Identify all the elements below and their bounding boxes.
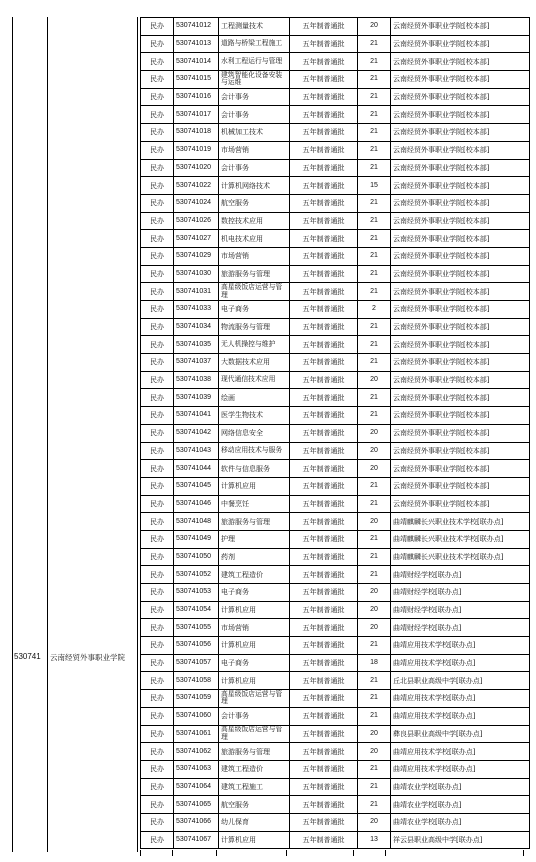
major-name-cell: 高星级饭店运营与管理 <box>219 283 290 301</box>
major-name-cell: 数控技术应用 <box>219 212 290 230</box>
major-name-cell: 电子商务 <box>219 584 290 602</box>
row-continuation <box>172 850 173 856</box>
major-code-cell: 530741060 <box>174 707 219 725</box>
plan-count-cell: 20 <box>358 743 391 761</box>
batch-cell: 五年制普通批 <box>290 35 358 53</box>
school-type-cell: 民办 <box>141 530 174 548</box>
major-code-cell: 530741045 <box>174 477 219 495</box>
table-row: 民办530741026数控技术应用五年制普通批21云南经贸外事职业学院[校本部] <box>141 212 530 230</box>
major-code-cell: 530741033 <box>174 301 219 319</box>
major-name-cell: 计算机应用 <box>219 831 290 849</box>
school-type-cell: 民办 <box>141 654 174 672</box>
table-row: 民办530741058计算机应用五年制普通批21丘北县职业高级中学[联办点] <box>141 672 530 690</box>
major-code-cell: 530741067 <box>174 831 219 849</box>
batch-cell: 五年制普通批 <box>290 212 358 230</box>
major-code-cell: 530741050 <box>174 548 219 566</box>
plan-count-cell: 21 <box>358 318 391 336</box>
batch-cell: 五年制普通批 <box>290 301 358 319</box>
table-row: 民办530741033电子商务五年制普通批2云南经贸外事职业学院[校本部] <box>141 301 530 319</box>
table-row: 民办530741019市场营销五年制普通批21云南经贸外事职业学院[校本部] <box>141 141 530 159</box>
table-row: 民办530741038现代通信技术应用五年制普通批20云南经贸外事职业学院[校本… <box>141 371 530 389</box>
major-code-cell: 530741064 <box>174 778 219 796</box>
plan-count-cell: 21 <box>358 707 391 725</box>
major-code-cell: 530741031 <box>174 283 219 301</box>
school-type-cell: 民办 <box>141 106 174 124</box>
table-row: 民办530741016会计事务五年制普通批21云南经贸外事职业学院[校本部] <box>141 88 530 106</box>
campus-site-cell: 云南经贸外事职业学院[校本部] <box>391 71 530 89</box>
major-name-cell: 会计事务 <box>219 88 290 106</box>
school-type-cell: 民办 <box>141 690 174 708</box>
left-border <box>12 17 13 852</box>
batch-cell: 五年制普通批 <box>290 124 358 142</box>
major-name-cell: 绘画 <box>219 389 290 407</box>
row-continuation <box>523 850 524 856</box>
batch-cell: 五年制普通批 <box>290 725 358 743</box>
major-code-cell: 530741022 <box>174 177 219 195</box>
campus-site-cell: 云南经贸外事职业学院[校本部] <box>391 159 530 177</box>
batch-cell: 五年制普通批 <box>290 53 358 71</box>
school-type-cell: 民办 <box>141 566 174 584</box>
campus-site-cell: 曲靖财经学校[联办点] <box>391 601 530 619</box>
major-name-cell: 旅游服务与管理 <box>219 265 290 283</box>
plan-count-cell: 20 <box>358 619 391 637</box>
major-code-cell: 530741052 <box>174 566 219 584</box>
school-type-cell: 民办 <box>141 707 174 725</box>
major-code-cell: 530741056 <box>174 637 219 655</box>
plan-count-cell: 21 <box>358 407 391 425</box>
batch-cell: 五年制普通批 <box>290 513 358 531</box>
batch-cell: 五年制普通批 <box>290 690 358 708</box>
table-row: 民办530741067计算机应用五年制普通批13祥云县职业高级中学[联办点] <box>141 831 530 849</box>
table-row: 民办530741041医学生物技术五年制普通批21云南经贸外事职业学院[校本部] <box>141 407 530 425</box>
campus-site-cell: 云南经贸外事职业学院[校本部] <box>391 88 530 106</box>
table-row: 民办530741027机电技术应用五年制普通批21云南经贸外事职业学院[校本部] <box>141 230 530 248</box>
table-row: 民办530741037大数据技术应用五年制普通批21云南经贸外事职业学院[校本部… <box>141 354 530 372</box>
plan-count-cell: 20 <box>358 371 391 389</box>
school-type-cell: 民办 <box>141 283 174 301</box>
campus-site-cell: 云南经贸外事职业学院[校本部] <box>391 177 530 195</box>
batch-cell: 五年制普通批 <box>290 495 358 513</box>
major-code-cell: 530741035 <box>174 336 219 354</box>
major-code-cell: 530741017 <box>174 106 219 124</box>
major-code-cell: 530741018 <box>174 124 219 142</box>
campus-site-cell: 祥云县职业高级中学[联办点] <box>391 831 530 849</box>
batch-cell: 五年制普通批 <box>290 424 358 442</box>
plan-count-cell: 21 <box>358 124 391 142</box>
campus-site-cell: 曲靖应用技术学校[联办点] <box>391 707 530 725</box>
table-row: 民办530741049护理五年制普通批21曲靖麒麟长兴职业技术学校[联办点] <box>141 530 530 548</box>
plan-count-cell: 21 <box>358 71 391 89</box>
major-name-cell: 建筑工程造价 <box>219 566 290 584</box>
plan-count-cell: 20 <box>358 513 391 531</box>
campus-site-cell: 曲靖应用技术学校[联办点] <box>391 760 530 778</box>
batch-cell: 五年制普通批 <box>290 371 358 389</box>
plan-count-cell: 20 <box>358 584 391 602</box>
table-row: 民办530741062旅游服务与管理五年制普通批20曲靖应用技术学校[联办点] <box>141 743 530 761</box>
school-type-cell: 民办 <box>141 354 174 372</box>
campus-site-cell: 云南经贸外事职业学院[校本部] <box>391 141 530 159</box>
school-type-cell: 民办 <box>141 743 174 761</box>
batch-cell: 五年制普通批 <box>290 813 358 831</box>
batch-cell: 五年制普通批 <box>290 760 358 778</box>
campus-site-cell: 云南经贸外事职业学院[校本部] <box>391 318 530 336</box>
table-row: 民办530741052建筑工程造价五年制普通批21曲靖财经学校[联办点] <box>141 566 530 584</box>
major-code-cell: 530741044 <box>174 460 219 478</box>
school-code: 530741 <box>14 652 41 661</box>
major-name-cell: 市场营销 <box>219 247 290 265</box>
campus-site-cell: 云南经贸外事职业学院[校本部] <box>391 460 530 478</box>
plan-count-cell: 21 <box>358 354 391 372</box>
table-row: 民办530741055市场营销五年制普通批20曲靖财经学校[联办点] <box>141 619 530 637</box>
school-type-cell: 民办 <box>141 247 174 265</box>
table-row: 民办530741061高星级饭店运营与管理五年制普通批20彝良县职业高级中学[联… <box>141 725 530 743</box>
table-row: 民办530741046中餐烹饪五年制普通批21云南经贸外事职业学院[校本部] <box>141 495 530 513</box>
campus-site-cell: 云南经贸外事职业学院[校本部] <box>391 301 530 319</box>
campus-site-cell: 曲靖财经学校[联办点] <box>391 566 530 584</box>
campus-site-cell: 曲靖财经学校[联办点] <box>391 619 530 637</box>
batch-cell: 五年制普通批 <box>290 619 358 637</box>
major-code-cell: 530741037 <box>174 354 219 372</box>
major-name-cell: 计算机应用 <box>219 477 290 495</box>
plan-count-cell: 21 <box>358 389 391 407</box>
school-type-cell: 民办 <box>141 725 174 743</box>
major-code-cell: 530741048 <box>174 513 219 531</box>
major-name-cell: 高星级饭店运营与管理 <box>219 690 290 708</box>
campus-site-cell: 云南经贸外事职业学院[校本部] <box>391 477 530 495</box>
plan-count-cell: 21 <box>358 477 391 495</box>
major-code-cell: 530741039 <box>174 389 219 407</box>
school-type-cell: 民办 <box>141 672 174 690</box>
campus-site-cell: 曲靖农业学校[联办点] <box>391 796 530 814</box>
campus-site-cell: 云南经贸外事职业学院[校本部] <box>391 124 530 142</box>
plan-count-cell: 15 <box>358 177 391 195</box>
major-code-cell: 530741041 <box>174 407 219 425</box>
table-row: 民办530741018机械加工技术五年制普通批21云南经贸外事职业学院[校本部] <box>141 124 530 142</box>
plan-count-cell: 21 <box>358 690 391 708</box>
school-type-cell: 民办 <box>141 71 174 89</box>
plan-count-cell: 21 <box>358 265 391 283</box>
table-row: 民办530741012工程测量技术五年制普通批20云南经贸外事职业学院[校本部] <box>141 18 530 36</box>
table-row: 民办530741054计算机应用五年制普通批20曲靖财经学校[联办点] <box>141 601 530 619</box>
major-code-cell: 530741063 <box>174 760 219 778</box>
major-name-cell: 电子商务 <box>219 654 290 672</box>
plan-count-cell: 13 <box>358 831 391 849</box>
school-type-cell: 民办 <box>141 778 174 796</box>
batch-cell: 五年制普通批 <box>290 230 358 248</box>
major-name-cell: 建筑工程施工 <box>219 778 290 796</box>
batch-cell: 五年制普通批 <box>290 88 358 106</box>
school-type-cell: 民办 <box>141 813 174 831</box>
major-name-cell: 航空服务 <box>219 796 290 814</box>
row-continuation <box>286 850 287 856</box>
campus-site-cell: 曲靖麒麟长兴职业技术学校[联办点] <box>391 513 530 531</box>
school-type-cell: 民办 <box>141 442 174 460</box>
campus-site-cell: 云南经贸外事职业学院[校本部] <box>391 442 530 460</box>
plan-count-cell: 21 <box>358 283 391 301</box>
major-name-cell: 网络信息安全 <box>219 424 290 442</box>
campus-site-cell: 云南经贸外事职业学院[校本部] <box>391 336 530 354</box>
major-code-cell: 530741027 <box>174 230 219 248</box>
campus-site-cell: 云南经贸外事职业学院[校本部] <box>391 371 530 389</box>
batch-cell: 五年制普通批 <box>290 336 358 354</box>
major-name-cell: 市场营销 <box>219 141 290 159</box>
plan-count-cell: 21 <box>358 778 391 796</box>
school-type-cell: 民办 <box>141 619 174 637</box>
school-type-cell: 民办 <box>141 460 174 478</box>
plan-count-cell: 21 <box>358 141 391 159</box>
major-code-cell: 530741043 <box>174 442 219 460</box>
table-row: 民办530741022计算机网络技术五年制普通批15云南经贸外事职业学院[校本部… <box>141 177 530 195</box>
plan-count-cell: 21 <box>358 672 391 690</box>
table-row: 民办530741064建筑工程施工五年制普通批21曲靖农业学校[联办点] <box>141 778 530 796</box>
table-row: 民办530741020会计事务五年制普通批21云南经贸外事职业学院[校本部] <box>141 159 530 177</box>
major-code-cell: 530741019 <box>174 141 219 159</box>
plan-count-cell: 21 <box>358 35 391 53</box>
major-code-cell: 530741015 <box>174 71 219 89</box>
batch-cell: 五年制普通批 <box>290 601 358 619</box>
school-type-cell: 民办 <box>141 88 174 106</box>
major-name-cell: 幼儿保育 <box>219 813 290 831</box>
school-type-cell: 民办 <box>141 389 174 407</box>
major-name-cell: 会计事务 <box>219 106 290 124</box>
campus-site-cell: 云南经贸外事职业学院[校本部] <box>391 53 530 71</box>
campus-site-cell: 曲靖应用技术学校[联办点] <box>391 690 530 708</box>
school-type-cell: 民办 <box>141 637 174 655</box>
batch-cell: 五年制普通批 <box>290 707 358 725</box>
school-type-cell: 民办 <box>141 495 174 513</box>
school-type-cell: 民办 <box>141 371 174 389</box>
major-code-cell: 530741014 <box>174 53 219 71</box>
plan-count-cell: 20 <box>358 424 391 442</box>
campus-site-cell: 云南经贸外事职业学院[校本部] <box>391 194 530 212</box>
plan-count-cell: 21 <box>358 88 391 106</box>
school-type-cell: 民办 <box>141 407 174 425</box>
table-row: 民办530741053电子商务五年制普通批20曲靖财经学校[联办点] <box>141 584 530 602</box>
major-code-cell: 530741042 <box>174 424 219 442</box>
campus-site-cell: 云南经贸外事职业学院[校本部] <box>391 407 530 425</box>
major-name-cell: 旅游服务与管理 <box>219 743 290 761</box>
campus-site-cell: 云南经贸外事职业学院[校本部] <box>391 424 530 442</box>
table-row: 民办530741043移动应用技术与服务五年制普通批20云南经贸外事职业学院[校… <box>141 442 530 460</box>
school-type-cell: 民办 <box>141 336 174 354</box>
major-name-cell: 旅游服务与管理 <box>219 513 290 531</box>
school-type-cell: 民办 <box>141 53 174 71</box>
batch-cell: 五年制普通批 <box>290 354 358 372</box>
batch-cell: 五年制普通批 <box>290 548 358 566</box>
school-type-cell: 民办 <box>141 124 174 142</box>
major-code-cell: 530741026 <box>174 212 219 230</box>
plan-count-cell: 21 <box>358 530 391 548</box>
major-code-cell: 530741053 <box>174 584 219 602</box>
plan-count-cell: 21 <box>358 106 391 124</box>
major-name-cell: 建筑智能化设备安装与运维 <box>219 71 290 89</box>
major-name-cell: 会计事务 <box>219 707 290 725</box>
campus-site-cell: 曲靖应用技术学校[联办点] <box>391 654 530 672</box>
plan-count-cell: 21 <box>358 637 391 655</box>
plan-count-cell: 21 <box>358 247 391 265</box>
campus-site-cell: 云南经贸外事职业学院[校本部] <box>391 212 530 230</box>
table-row: 民办530741031高星级饭店运营与管理五年制普通批21云南经贸外事职业学院[… <box>141 283 530 301</box>
plan-count-cell: 21 <box>358 760 391 778</box>
plan-count-cell: 21 <box>358 159 391 177</box>
batch-cell: 五年制普通批 <box>290 71 358 89</box>
major-name-cell: 护理 <box>219 530 290 548</box>
major-code-cell: 530741020 <box>174 159 219 177</box>
table-row: 民办530741057电子商务五年制普通批18曲靖应用技术学校[联办点] <box>141 654 530 672</box>
major-name-cell: 机电技术应用 <box>219 230 290 248</box>
major-code-cell: 530741049 <box>174 530 219 548</box>
table-row: 民办530741030旅游服务与管理五年制普通批21云南经贸外事职业学院[校本部… <box>141 265 530 283</box>
campus-site-cell: 彝良县职业高级中学[联办点] <box>391 725 530 743</box>
name-right-border <box>137 17 138 852</box>
major-code-cell: 530741055 <box>174 619 219 637</box>
plan-count-cell: 21 <box>358 230 391 248</box>
campus-site-cell: 云南经贸外事职业学院[校本部] <box>391 389 530 407</box>
major-code-cell: 530741016 <box>174 88 219 106</box>
major-name-cell: 航空服务 <box>219 194 290 212</box>
table-row: 民办530741024航空服务五年制普通批21云南经贸外事职业学院[校本部] <box>141 194 530 212</box>
table-row: 民办530741029市场营销五年制普通批21云南经贸外事职业学院[校本部] <box>141 247 530 265</box>
campus-site-cell: 丘北县职业高级中学[联办点] <box>391 672 530 690</box>
school-type-cell: 民办 <box>141 513 174 531</box>
batch-cell: 五年制普通批 <box>290 283 358 301</box>
table-row: 民办530741056计算机应用五年制普通批21曲靖应用技术学校[联办点] <box>141 637 530 655</box>
major-code-cell: 530741066 <box>174 813 219 831</box>
major-code-cell: 530741012 <box>174 18 219 36</box>
batch-cell: 五年制普通批 <box>290 477 358 495</box>
major-name-cell: 道路与桥梁工程施工 <box>219 35 290 53</box>
school-type-cell: 民办 <box>141 212 174 230</box>
major-code-cell: 530741034 <box>174 318 219 336</box>
batch-cell: 五年制普通批 <box>290 654 358 672</box>
plan-count-cell: 21 <box>358 194 391 212</box>
major-name-cell: 电子商务 <box>219 301 290 319</box>
major-code-cell: 530741030 <box>174 265 219 283</box>
batch-cell: 五年制普通批 <box>290 18 358 36</box>
table-row: 民办530741063建筑工程造价五年制普通批21曲靖应用技术学校[联办点] <box>141 760 530 778</box>
campus-site-cell: 曲靖应用技术学校[联办点] <box>391 637 530 655</box>
campus-site-cell: 云南经贸外事职业学院[校本部] <box>391 106 530 124</box>
batch-cell: 五年制普通批 <box>290 265 358 283</box>
major-code-cell: 530741058 <box>174 672 219 690</box>
plan-count-cell: 2 <box>358 301 391 319</box>
school-type-cell: 民办 <box>141 265 174 283</box>
campus-site-cell: 曲靖麒麟长兴职业技术学校[联办点] <box>391 530 530 548</box>
campus-site-cell: 云南经贸外事职业学院[校本部] <box>391 35 530 53</box>
major-code-cell: 530741038 <box>174 371 219 389</box>
table-row: 民办530741045计算机应用五年制普通批21云南经贸外事职业学院[校本部] <box>141 477 530 495</box>
batch-cell: 五年制普通批 <box>290 831 358 849</box>
major-name-cell: 大数据技术应用 <box>219 354 290 372</box>
campus-site-cell: 曲靖农业学校[联办点] <box>391 778 530 796</box>
major-code-cell: 530741046 <box>174 495 219 513</box>
major-code-cell: 530741059 <box>174 690 219 708</box>
school-type-cell: 民办 <box>141 194 174 212</box>
plan-count-cell: 21 <box>358 336 391 354</box>
table-row: 民办530741044软件与信息服务五年制普通批20云南经贸外事职业学院[校本部… <box>141 460 530 478</box>
campus-site-cell: 曲靖麒麟长兴职业技术学校[联办点] <box>391 548 530 566</box>
campus-site-cell: 云南经贸外事职业学院[校本部] <box>391 354 530 372</box>
major-name-cell: 软件与信息服务 <box>219 460 290 478</box>
major-name-cell: 高星级饭店运营与管理 <box>219 725 290 743</box>
major-name-cell: 现代通信技术应用 <box>219 371 290 389</box>
major-name-cell: 水利工程运行与管理 <box>219 53 290 71</box>
batch-cell: 五年制普通批 <box>290 460 358 478</box>
plan-count-cell: 21 <box>358 53 391 71</box>
major-name-cell: 无人机操控与维护 <box>219 336 290 354</box>
batch-cell: 五年制普通批 <box>290 141 358 159</box>
major-name-cell: 计算机应用 <box>219 637 290 655</box>
batch-cell: 五年制普通批 <box>290 584 358 602</box>
row-continuation <box>385 850 386 856</box>
major-name-cell: 医学生物技术 <box>219 407 290 425</box>
major-name-cell: 计算机网络技术 <box>219 177 290 195</box>
school-type-cell: 民办 <box>141 760 174 778</box>
school-type-cell: 民办 <box>141 301 174 319</box>
plan-count-cell: 20 <box>358 813 391 831</box>
plan-count-cell: 18 <box>358 654 391 672</box>
row-continuation <box>353 850 354 856</box>
campus-site-cell: 云南经贸外事职业学院[校本部] <box>391 247 530 265</box>
school-type-cell: 民办 <box>141 796 174 814</box>
campus-site-cell: 云南经贸外事职业学院[校本部] <box>391 18 530 36</box>
major-name-cell: 移动应用技术与服务 <box>219 442 290 460</box>
table-row: 民办530741042网络信息安全五年制普通批20云南经贸外事职业学院[校本部] <box>141 424 530 442</box>
school-type-cell: 民办 <box>141 159 174 177</box>
major-name-cell: 市场营销 <box>219 619 290 637</box>
batch-cell: 五年制普通批 <box>290 778 358 796</box>
school-type-cell: 民办 <box>141 230 174 248</box>
school-type-cell: 民办 <box>141 831 174 849</box>
major-name-cell: 药剂 <box>219 548 290 566</box>
batch-cell: 五年制普通批 <box>290 743 358 761</box>
batch-cell: 五年制普通批 <box>290 194 358 212</box>
table-row: 民办530741048旅游服务与管理五年制普通批20曲靖麒麟长兴职业技术学校[联… <box>141 513 530 531</box>
plan-count-cell: 21 <box>358 548 391 566</box>
table-row: 民办530741065航空服务五年制普通批21曲靖农业学校[联办点] <box>141 796 530 814</box>
campus-site-cell: 云南经贸外事职业学院[校本部] <box>391 283 530 301</box>
table-row: 民办530741034物流服务与管理五年制普通批21云南经贸外事职业学院[校本部… <box>141 318 530 336</box>
school-type-cell: 民办 <box>141 141 174 159</box>
plan-count-cell: 20 <box>358 601 391 619</box>
major-code-cell: 530741024 <box>174 194 219 212</box>
table-body: 民办530741012工程测量技术五年制普通批20云南经贸外事职业学院[校本部]… <box>141 18 530 849</box>
batch-cell: 五年制普通批 <box>290 442 358 460</box>
major-name-cell: 中餐烹饪 <box>219 495 290 513</box>
plan-count-cell: 21 <box>358 495 391 513</box>
major-name-cell: 工程测量技术 <box>219 18 290 36</box>
major-name-cell: 计算机应用 <box>219 601 290 619</box>
campus-site-cell: 曲靖农业学校[联办点] <box>391 813 530 831</box>
major-code-cell: 530741029 <box>174 247 219 265</box>
plan-count-cell: 20 <box>358 460 391 478</box>
batch-cell: 五年制普通批 <box>290 247 358 265</box>
plan-count-cell: 20 <box>358 725 391 743</box>
school-type-cell: 民办 <box>141 18 174 36</box>
major-code-cell: 530741013 <box>174 35 219 53</box>
school-type-cell: 民办 <box>141 177 174 195</box>
table-row: 民办530741050药剂五年制普通批21曲靖麒麟长兴职业技术学校[联办点] <box>141 548 530 566</box>
school-name: 云南经贸外事职业学院 <box>50 652 125 663</box>
campus-site-cell: 曲靖应用技术学校[联办点] <box>391 743 530 761</box>
batch-cell: 五年制普通批 <box>290 796 358 814</box>
table-row: 民办530741035无人机操控与维护五年制普通批21云南经贸外事职业学院[校本… <box>141 336 530 354</box>
school-type-cell: 民办 <box>141 548 174 566</box>
campus-site-cell: 曲靖财经学校[联办点] <box>391 584 530 602</box>
school-type-cell: 民办 <box>141 584 174 602</box>
batch-cell: 五年制普通批 <box>290 159 358 177</box>
table-row: 民办530741060会计事务五年制普通批21曲靖应用技术学校[联办点] <box>141 707 530 725</box>
